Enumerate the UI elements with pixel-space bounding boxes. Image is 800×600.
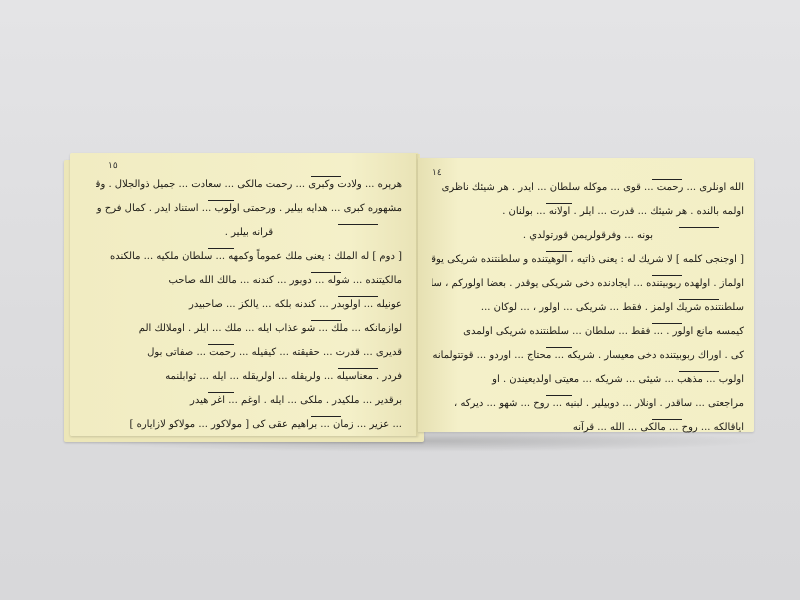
text-line: [ دوم ] له الملك : يعنى ملك عموماً وكمهه… <box>96 245 402 269</box>
text-line: فردر . معناسيله ... ولريقله ... اولريقله… <box>96 365 402 389</box>
text-line: مالكيتنده ... شوله ... دوبور ... كندنه .… <box>96 269 402 293</box>
text-line: مراجعتى ... ساقدر . اونلار ... دوبيلير .… <box>432 392 744 416</box>
text-line: مشهوره كبرى ... هدايه بيلير . ورحمتى اول… <box>96 197 402 221</box>
text-line: اولمه بالنده . هر شيئك ... قدرت ... ايلر… <box>432 200 744 224</box>
left-page: ١٥ هرېره ... ولادت وكبرى ... رحمت مالكى … <box>70 153 418 436</box>
text-line: قديرى ... قدرت ... حقيقته ... كيفيله ...… <box>96 341 402 365</box>
right-page: ١٤ الله اونلرى ... رحمت ... قوى ... موكل… <box>418 158 754 432</box>
text-line: اياقالكه ... روح ... مالكى ... الله ... … <box>432 416 744 440</box>
text-line: اولماز . اولهده ربوبيتنده ... ايجادنده د… <box>432 272 744 296</box>
text-line: اولوب ... مذهب ... شيئى ... شريكه ... مع… <box>432 368 744 392</box>
left-page-number: ١٥ <box>108 161 118 171</box>
text-line: ... عزير ... زمان ... براهيم عقى كى [ مو… <box>96 413 402 437</box>
text-line: بونه ... وفرقولريمن قورتولدي . <box>432 224 744 248</box>
text-line: برقدير ... ملكيدر . ملكى ... ايله . اوغم… <box>96 389 402 413</box>
text-line: قرانه بيلير . <box>96 221 402 245</box>
text-line: هرېره ... ولادت وكبرى ... رحمت مالكى ...… <box>96 173 402 197</box>
text-line: سلطنتنده شريك اولمز . فقط ... شريكى ... … <box>432 296 744 320</box>
right-page-text: الله اونلرى ... رحمت ... قوى ... موكله س… <box>432 176 744 440</box>
left-page-text: هرېره ... ولادت وكبرى ... رحمت مالكى ...… <box>96 173 402 437</box>
text-line: كى . اوراك ربوبيتنده دخى معيسار . شريكه … <box>432 344 744 368</box>
text-line: عونيله ... اولوبدر ... كندنه بلكه ... يا… <box>96 293 402 317</box>
text-line: كيمسه مانع اولور . ... فقط ... سلطان ...… <box>432 320 744 344</box>
text-line: [ اوجنجى كلمه ] لا شريك له : يعنى ذاتيه … <box>432 248 744 272</box>
text-line: لوازمانكه ... ملك ... شو عذاب ايله ... م… <box>96 317 402 341</box>
text-line: الله اونلرى ... رحمت ... قوى ... موكله س… <box>432 176 744 200</box>
